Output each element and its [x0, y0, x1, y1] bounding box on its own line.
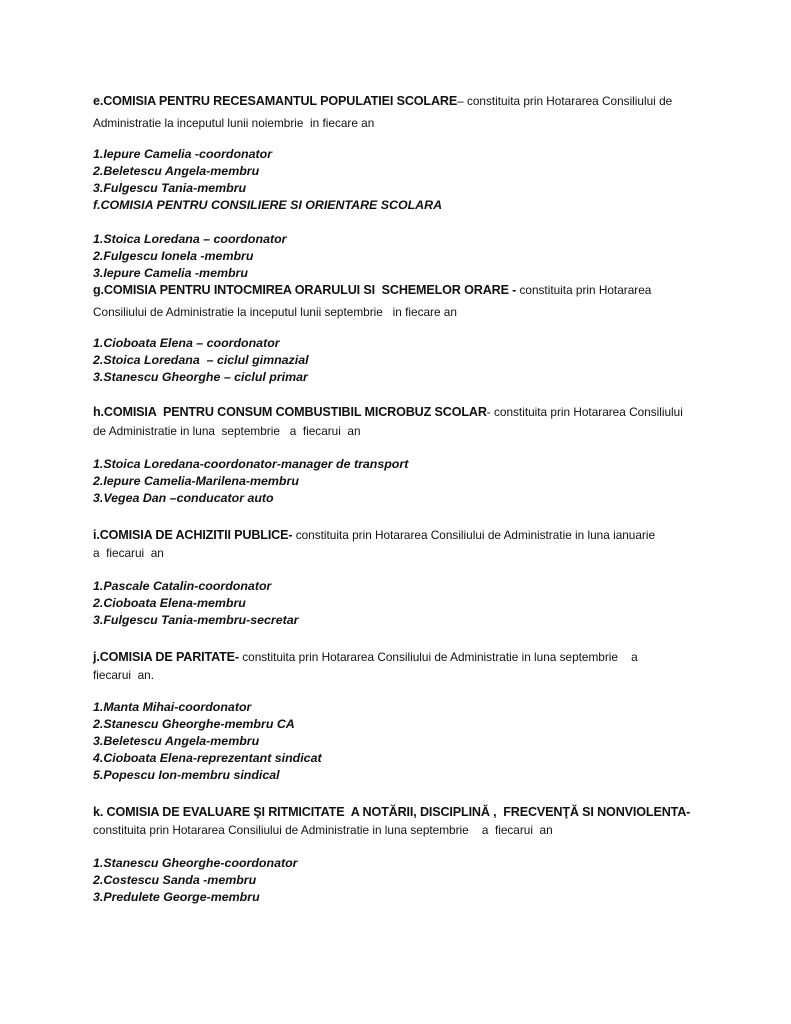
section-i-description: constituita prin Hotararea Consiliului d… [292, 528, 655, 542]
section-g-description-cont: Consiliului de Administratie la inceputu… [93, 305, 457, 320]
section-k-title: k. COMISIA DE EVALUARE ŞI RITMICITATE A … [93, 805, 690, 820]
section-e-member-2: 2.Beletescu Angela-membru [93, 164, 259, 179]
section-j-title: j.COMISIA DE PARITATE- [93, 650, 239, 664]
section-h-heading: h.COMISIA PENTRU CONSUM COMBUSTIBIL MICR… [93, 405, 683, 420]
section-f-title: f.COMISIA PENTRU CONSILIERE SI ORIENTARE… [93, 198, 442, 213]
section-h-description: - constituita prin Hotararea Consiliului [487, 405, 683, 419]
section-i-title: i.COMISIA DE ACHIZITII PUBLICE- [93, 528, 292, 542]
section-e-title: e.COMISIA PENTRU RECESAMANTUL POPULATIEI… [93, 94, 457, 108]
section-g-title: g.COMISIA PENTRU INTOCMIREA ORARULUI SI … [93, 283, 516, 297]
section-h-member-3: 3.Vegea Dan –conducator auto [93, 491, 274, 506]
section-k-member-2: 2.Costescu Sanda -membru [93, 873, 256, 888]
section-g-member-1: 1.Cioboata Elena – coordonator [93, 336, 280, 351]
section-g-member-3: 3.Stanescu Gheorghe – ciclul primar [93, 370, 308, 385]
section-j-member-4: 4.Cioboata Elena-reprezentant sindicat [93, 751, 322, 766]
section-e-description: – constituita prin Hotararea Consiliului… [457, 94, 672, 108]
section-j-description-cont: fiecarui an. [93, 668, 154, 683]
section-e-member-3: 3.Fulgescu Tania-membru [93, 181, 246, 196]
section-g-description: constituita prin Hotararea [516, 283, 651, 297]
section-e-heading: e.COMISIA PENTRU RECESAMANTUL POPULATIEI… [93, 94, 672, 109]
section-j-description: constituita prin Hotararea Consiliului d… [239, 650, 638, 664]
section-i-member-2: 2.Cioboata Elena-membru [93, 596, 246, 611]
section-i-member-1: 1.Pascale Catalin-coordonator [93, 579, 271, 594]
section-h-member-1: 1.Stoica Loredana-coordonator-manager de… [93, 457, 408, 472]
section-e-description-cont: Administratie la inceputul lunii noiembr… [93, 116, 374, 131]
section-h-member-2: 2.Iepure Camelia-Marilena-membru [93, 474, 299, 489]
section-f-member-2: 2.Fulgescu Ionela -membru [93, 249, 253, 264]
section-j-heading: j.COMISIA DE PARITATE- constituita prin … [93, 650, 638, 665]
section-j-member-2: 2.Stanescu Gheorghe-membru CA [93, 717, 295, 732]
section-h-title: h.COMISIA PENTRU CONSUM COMBUSTIBIL MICR… [93, 405, 487, 419]
section-j-member-3: 3.Beletescu Angela-membru [93, 734, 259, 749]
section-i-member-3: 3.Fulgescu Tania-membru-secretar [93, 613, 298, 628]
section-k-description: constituita prin Hotararea Consiliului d… [93, 823, 553, 838]
section-i-description-cont: a fiecarui an [93, 546, 164, 561]
section-k-member-1: 1.Stanescu Gheorghe-coordonator [93, 856, 297, 871]
section-h-description-cont: de Administratie in luna septembrie a fi… [93, 424, 361, 439]
section-e-member-1: 1.Iepure Camelia -coordonator [93, 147, 272, 162]
document-page: e.COMISIA PENTRU RECESAMANTUL POPULATIEI… [0, 0, 791, 1024]
section-f-member-3: 3.Iepure Camelia -membru [93, 266, 248, 281]
section-j-member-1: 1.Manta Mihai-coordonator [93, 700, 251, 715]
section-i-heading: i.COMISIA DE ACHIZITII PUBLICE- constitu… [93, 528, 655, 543]
section-f-member-1: 1.Stoica Loredana – coordonator [93, 232, 286, 247]
section-g-heading: g.COMISIA PENTRU INTOCMIREA ORARULUI SI … [93, 283, 651, 298]
section-k-member-3: 3.Predulete George-membru [93, 890, 260, 905]
section-g-member-2: 2.Stoica Loredana – ciclul gimnazial [93, 353, 309, 368]
section-j-member-5: 5.Popescu Ion-membru sindical [93, 768, 280, 783]
